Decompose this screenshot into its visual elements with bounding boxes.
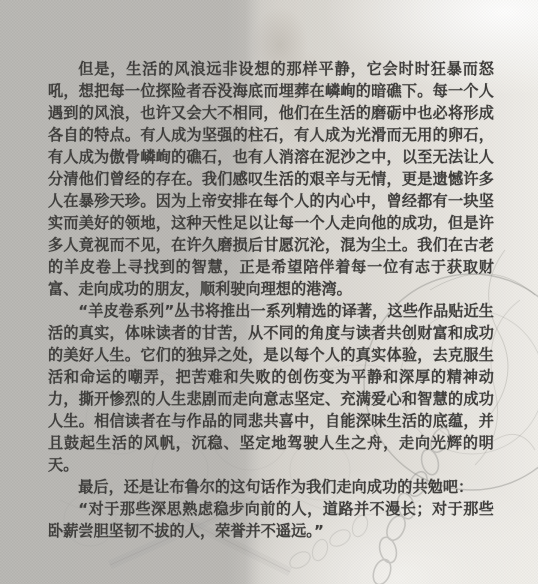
preface-text-block: 但是，生活的风浪远非设想的那样平静，它会时时狂暴而怒吼，想把每一位探险者吞没海底… (48, 58, 494, 542)
preface-paragraph-1: 但是，生活的风浪远非设想的那样平静，它会时时狂暴而怒吼，想把每一位探险者吞没海底… (48, 58, 494, 300)
preface-paragraph-3: 最后，还是让布鲁尔的这句话作为我们走向成功的共勉吧： (48, 476, 494, 498)
preface-quote-paragraph: “对于那些深思熟虑稳步向前的人，道路并不漫长；对于那些卧薪尝胆坚韧不拔的人，荣誉… (48, 498, 494, 542)
scanned-page: 但是，生活的风浪远非设想的那样平静，它会时时狂暴而怒吼，想把每一位探险者吞没海底… (0, 0, 538, 584)
preface-paragraph-2: “羊皮卷系列”丛书将推出一系列精选的译著，这些作品贴近生活的真实，体味读者的甘苦… (48, 300, 494, 476)
